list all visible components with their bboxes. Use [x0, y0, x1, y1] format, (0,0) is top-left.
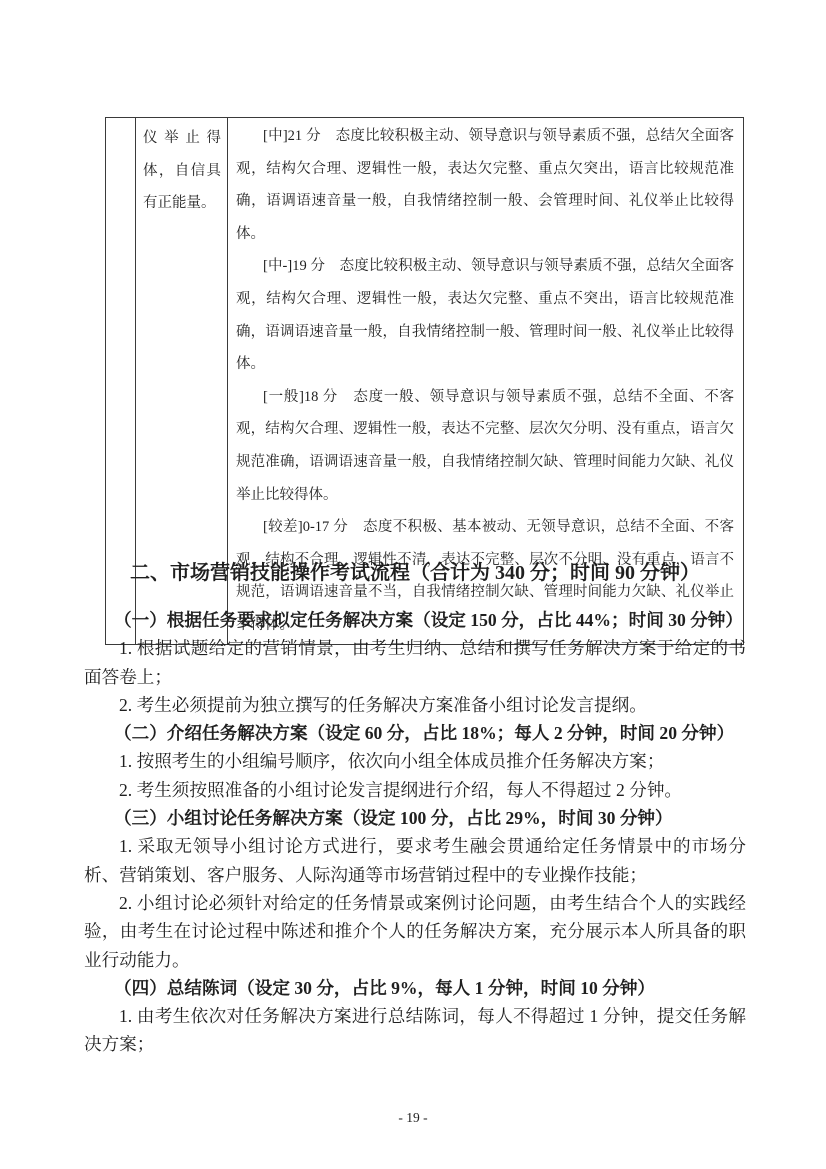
section-3-item-2: 2. 小组讨论必须针对给定的任务情景或案例讨论问题，由考生结合个人的实践经验，由…	[84, 889, 746, 974]
section-3: （三）小组讨论任务解决方案（设定 100 分，占比 29%，时间 30 分钟） …	[84, 804, 746, 974]
section-1: （一）根据任务要求拟定任务解决方案（设定 150 分，占比 44%；时间 30 …	[84, 606, 746, 719]
section-3-heading: （三）小组讨论任务解决方案（设定 100 分，占比 29%，时间 30 分钟）	[84, 804, 746, 832]
section-2-item-2: 2. 考生须按照准备的小组讨论发言提纲进行介绍，每人不得超过 2 分钟。	[84, 776, 746, 804]
section-1-item-1: 1. 根据试题给定的营销情景，由考生归纳、总结和撰写任务解决方案于给定的书面答卷…	[84, 634, 746, 691]
section-title: 二、市场营销技能操作考试流程（合计为 340 分；时间 90 分钟）	[84, 558, 746, 588]
rubric-level-average: [一般]18 分 态度一般、领导意识与领导素质不强，总结不全面、不客观，结构欠合…	[236, 381, 734, 511]
section-4-heading: （四）总结陈词（设定 30 分，占比 9%，每人 1 分钟，时间 10 分钟）	[84, 974, 746, 1002]
section-4: （四）总结陈词（设定 30 分，占比 9%，每人 1 分钟，时间 10 分钟） …	[84, 974, 746, 1059]
section-4-item-1: 1. 由考生依次对任务解决方案进行总结陈词，每人不得超过 1 分钟，提交任务解决…	[84, 1002, 746, 1059]
page-number: - 19 -	[0, 1110, 826, 1126]
section-2-heading: （二）介绍任务解决方案（设定 60 分，占比 18%；每人 2 分钟，时间 20…	[84, 719, 746, 747]
document-page: 仪举止得体，自信具有正能量。 [中]21 分 态度比较积极主动、领导意识与领导素…	[0, 0, 826, 1169]
section-2-item-1: 1. 按照考生的小组编号顺序，依次向小组全体成员推介任务解决方案；	[84, 747, 746, 775]
rubric-level-mid-minus: [中-]19 分 态度比较积极主动、领导意识与领导素质不强，总结欠全面客观，结构…	[236, 250, 734, 380]
section-2: （二）介绍任务解决方案（设定 60 分，占比 18%；每人 2 分钟，时间 20…	[84, 719, 746, 804]
rubric-level-mid: [中]21 分 态度比较积极主动、领导意识与领导素质不强，总结欠全面客观，结构欠…	[236, 120, 734, 250]
section-1-heading: （一）根据任务要求拟定任务解决方案（设定 150 分，占比 44%；时间 30 …	[84, 606, 746, 634]
section-1-item-2: 2. 考生必须提前为独立撰写的任务解决方案准备小组讨论发言提纲。	[84, 691, 746, 719]
main-content: 二、市场营销技能操作考试流程（合计为 340 分；时间 90 分钟） （一）根据…	[84, 552, 746, 1059]
section-3-item-1: 1. 采取无领导小组讨论方式进行，要求考生融会贯通给定任务情景中的市场分析、营销…	[84, 832, 746, 889]
